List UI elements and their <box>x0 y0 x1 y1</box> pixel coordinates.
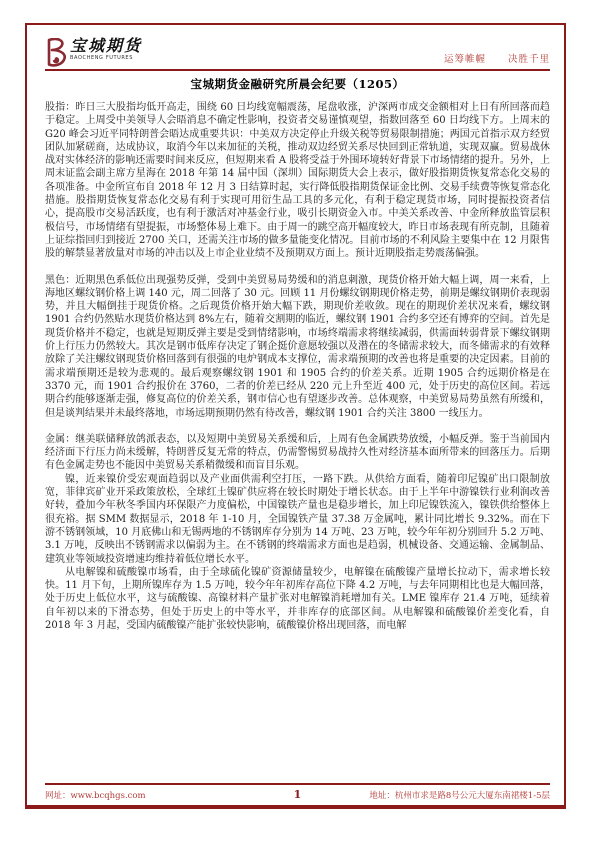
logo-text: 宝城期货 BAOCHENG FUTURES <box>70 38 142 61</box>
paragraph-ferrous: 黑色：近期黑色系低位出现强势反弹，受到中美贸易局势缓和的消息刺激，现货价格开始大… <box>45 274 550 420</box>
document-body: 股指：昨日三大股指均低开高走，围绕 60 日均线宽幅震荡，尾盘收涨，沪深两市成交… <box>45 101 550 632</box>
slogan-part-2: 决胜千里 <box>508 54 550 65</box>
slogan-part-1: 运筹帷幄 <box>444 54 486 65</box>
footer-address: 地址：杭州市求是路8号公元大厦东南裙楼1-5层 <box>311 789 550 801</box>
logo-name-en: BAOCHENG FUTURES <box>70 56 142 61</box>
paragraph-nickel-supply: 镍，近来镍价受宏观面趋弱以及产业面供需利空打压，一路下跌。从供给方面看，随着印尼… <box>45 473 550 566</box>
footer-page-number: 1 <box>294 788 302 801</box>
logo-name-cn: 宝城期货 <box>70 38 142 54</box>
document-title: 宝城期货金融研究所晨会纪要（1205） <box>45 76 550 92</box>
baocheng-logo: 宝城期货 BAOCHENG FUTURES <box>45 38 142 67</box>
paragraph-nickel-refined: 从电解镍和硫酸镍市场看，由于全球硫化镍矿资源储量较少，电解镍在硫酸镍产量增长拉动… <box>45 566 550 632</box>
page-content: 宝城期货 BAOCHENG FUTURES 运筹帷幄决胜千里 宝城期货金融研究所… <box>45 38 550 632</box>
paragraph-stock-index: 股指：昨日三大股指均低开高走，围绕 60 日均线宽幅震荡，尾盘收涨，沪深两市成交… <box>45 101 550 261</box>
logo-b-swirl-icon <box>45 38 67 67</box>
paragraph-metals: 金属：继美联储释放鸽派表态，以及短期中美贸易关系缓和后，上周有色金属跌势放缓，小… <box>45 433 550 473</box>
footer-website: 网址：www.bcqhgs.com <box>45 789 284 801</box>
document-page: 宝城期货 BAOCHENG FUTURES 运筹帷幄决胜千里 宝城期货金融研究所… <box>0 0 595 842</box>
document-header: 宝城期货 BAOCHENG FUTURES 运筹帷幄决胜千里 <box>45 38 550 71</box>
header-slogan: 运筹帷幄决胜千里 <box>444 51 550 67</box>
page-footer: 网址：www.bcqhgs.com 1 地址：杭州市求是路8号公元大厦东南裙楼1… <box>45 783 550 801</box>
